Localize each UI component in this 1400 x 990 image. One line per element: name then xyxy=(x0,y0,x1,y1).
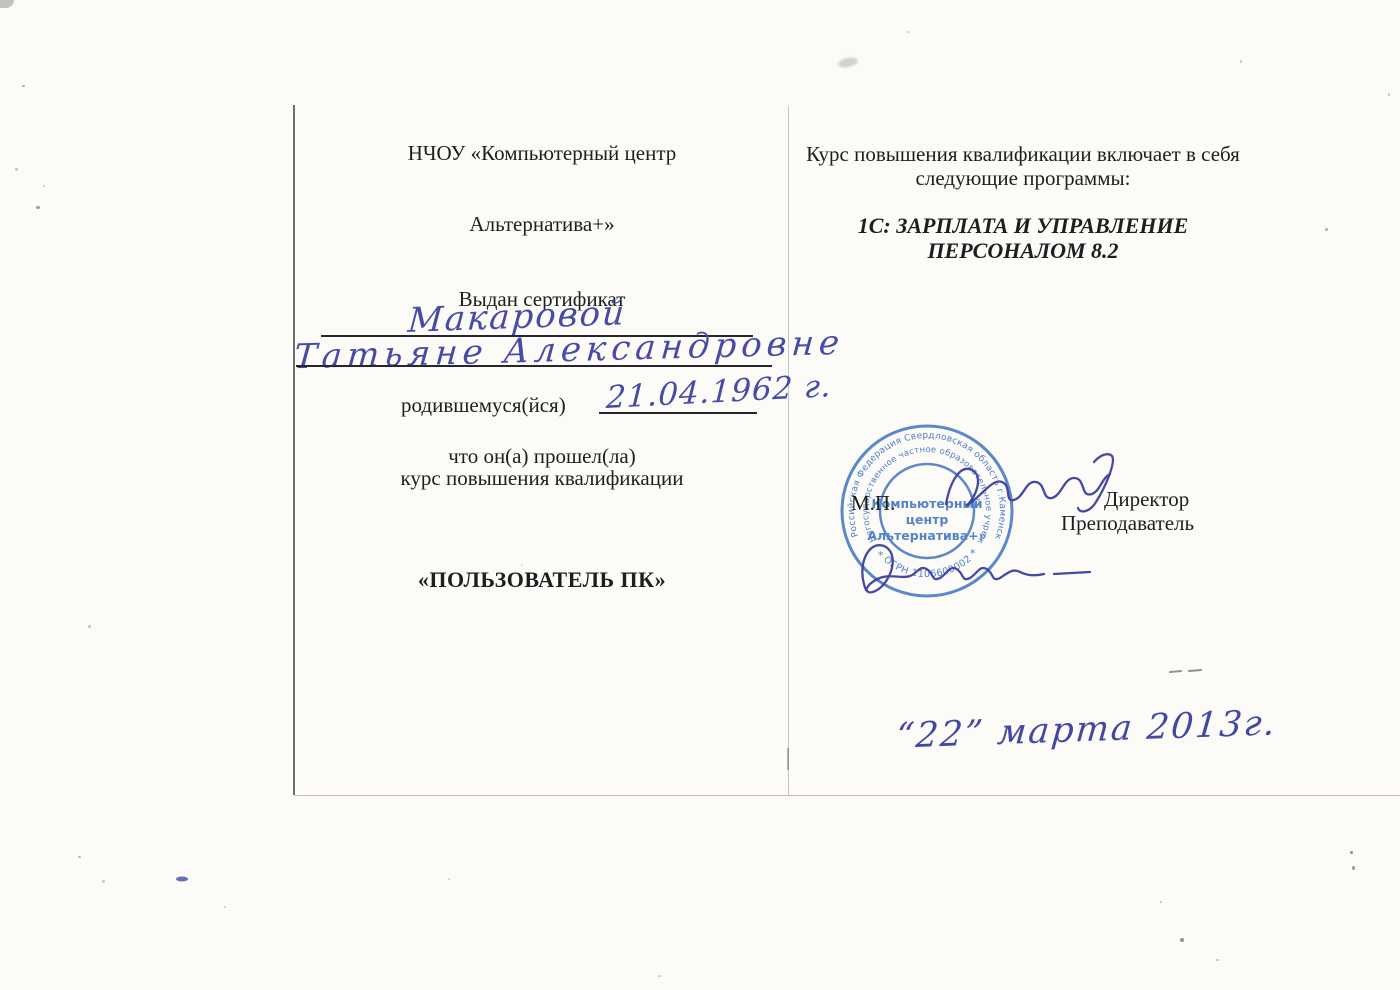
name-underline-2 xyxy=(296,365,772,367)
org-name-line2: Альтернатива+» xyxy=(295,212,789,236)
scan-speck xyxy=(1325,228,1328,231)
stamp-star-left: * xyxy=(878,549,884,562)
scan-speck xyxy=(658,975,661,977)
paper-fold-shadow xyxy=(787,748,789,770)
born-label: родившемуся(йся) xyxy=(401,393,566,417)
recipient-name-handwriting: Татьяне Александровне xyxy=(293,323,846,377)
scan-speck xyxy=(1350,851,1353,854)
passed-line1: что он(а) прошел(ла) xyxy=(295,444,789,468)
pen-dash-marks xyxy=(1170,670,1201,672)
scan-speck xyxy=(907,31,910,33)
course-title: «ПОЛЬЗОВАТЕЛЬ ПК» xyxy=(295,567,789,592)
scan-speck xyxy=(43,185,45,187)
includes-line1: Курс повышения квалификации включает в с… xyxy=(790,142,1256,166)
program-line1: 1С: ЗАРПЛАТА И УПРАВЛЕНИЕ xyxy=(790,213,1256,238)
issue-date-handwriting: “22” марта 2013г. xyxy=(894,703,1278,756)
scan-speck xyxy=(448,878,450,880)
scan-speck xyxy=(78,856,81,858)
stamp-star-right: * xyxy=(970,547,976,560)
scan-speck xyxy=(15,168,18,171)
includes-line2: следующие программы: xyxy=(790,166,1256,190)
scan-speck xyxy=(1160,901,1162,903)
scan-speck xyxy=(88,625,91,628)
stamp-center-line3: Альтернатива+» xyxy=(867,528,986,543)
scan-smudge xyxy=(837,56,858,69)
scan-speck xyxy=(224,906,226,908)
stamp-center-line2: центр xyxy=(906,512,949,527)
birth-date-handwriting: 21.04.1962 г. xyxy=(605,368,832,416)
scan-speck xyxy=(1240,60,1242,63)
scan-speck xyxy=(1216,959,1219,961)
passed-line2: курс повышения квалификации xyxy=(295,466,789,490)
scanned-certificate: НЧОУ «Компьютерный центр Альтернатива+» … xyxy=(0,0,1400,990)
scan-speck xyxy=(1180,938,1184,942)
scan-speck xyxy=(22,85,25,87)
scan-speck xyxy=(1388,93,1390,96)
program-line2: ПЕРСОНАЛОМ 8.2 xyxy=(790,238,1256,263)
org-name-line1: НЧОУ «Компьютерный центр xyxy=(295,141,789,165)
scan-speck xyxy=(521,564,523,566)
teacher-label: Преподаватель xyxy=(1061,511,1194,535)
scan-speck xyxy=(0,0,14,8)
stamp-place-label: М.П. xyxy=(851,491,895,515)
ink-speck xyxy=(176,877,188,882)
paper-bottom-edge xyxy=(294,795,1400,796)
scan-speck xyxy=(102,880,105,883)
birth-date-underline xyxy=(599,412,757,414)
scan-speck xyxy=(36,206,40,209)
scan-speck xyxy=(1352,866,1355,870)
director-label: Директор xyxy=(1104,487,1189,511)
